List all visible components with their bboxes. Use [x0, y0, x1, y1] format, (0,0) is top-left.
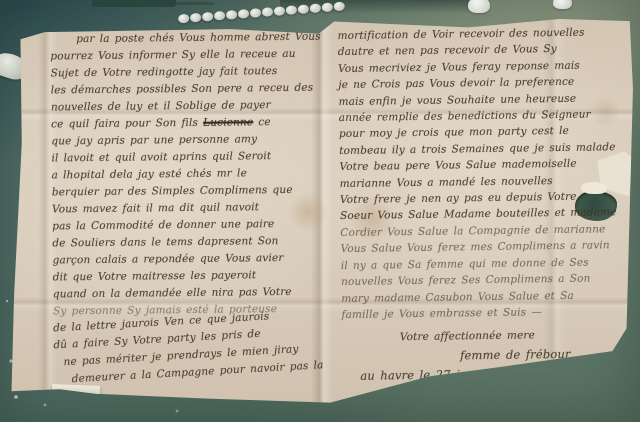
- letter-left-page: par la poste chés Vous homme abrest Vous…: [50, 29, 320, 389]
- letter-closing: Votre affectionnée mere femme de frébour…: [342, 325, 631, 386]
- letter-line: berquier par des Simples Complimens que: [52, 182, 318, 202]
- letter-line: famille je Vous embrasse et Suis —: [341, 303, 629, 323]
- date-line: au havre le 27 jenvier 173: [360, 363, 630, 386]
- photo-scene: par la poste chés Vous homme abrest Vous…: [0, 0, 640, 422]
- letter-right-page: mortification de Voir recevoir des nouve…: [338, 24, 631, 386]
- dark-object-edge: [92, 0, 176, 7]
- bead-tuft: [553, 0, 572, 9]
- bead-tuft: [468, 0, 490, 13]
- letter-line: garçon calais a repondée que Vous avier: [52, 250, 318, 270]
- table-speckles: [6, 300, 8, 302]
- letter-line: les démarches possibles Son pere a receu…: [51, 80, 317, 100]
- signature-line: femme de frébour: [460, 344, 630, 365]
- letter-paper: par la poste chés Vous homme abrest Vous…: [0, 0, 640, 422]
